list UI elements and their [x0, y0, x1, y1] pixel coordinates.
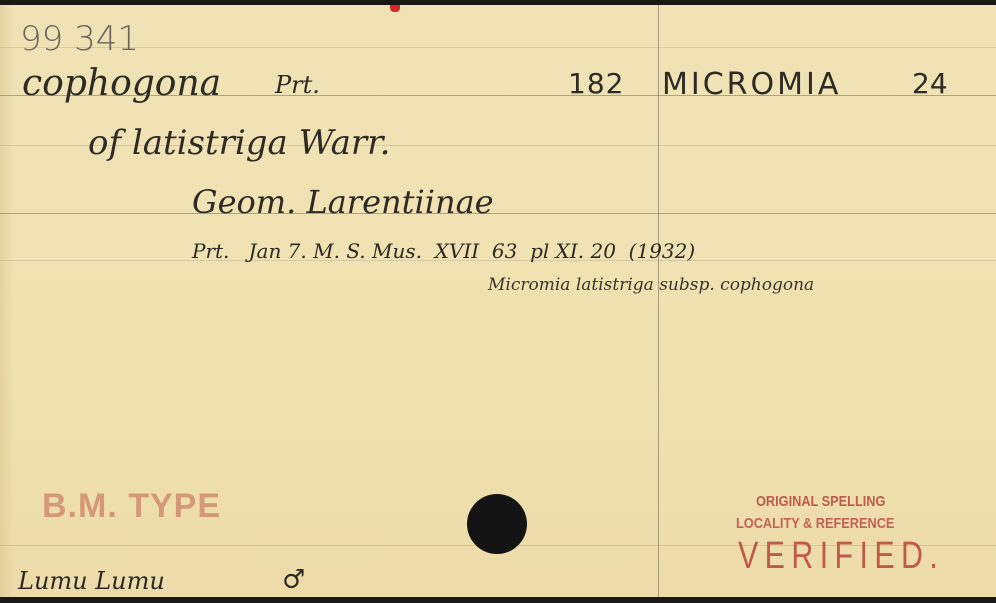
species-number: 24	[912, 67, 948, 100]
species-name: cophogona	[22, 63, 221, 104]
family-line: Geom. Larentiinae	[192, 183, 494, 221]
reference-page: 63	[492, 239, 517, 263]
type-stamp: B.M. TYPE	[42, 487, 221, 526]
reference-year: (1932)	[629, 239, 696, 263]
relation-line: of latistriga Warr.	[88, 123, 390, 163]
ruled-line	[0, 47, 996, 48]
red-tab-marker	[390, 5, 400, 12]
genus-number: 182	[568, 67, 624, 100]
subspecies-note: Micromia latistriga subsp. cophogona	[488, 275, 814, 295]
ruled-line	[0, 213, 996, 214]
scan-border	[0, 597, 996, 603]
reference-plate: pl XI. 20	[530, 239, 616, 263]
reference-line: Prt. Jan 7. M. S. Mus. XVII 63 pl XI. 20…	[192, 239, 695, 263]
verified-stamp-line2: LOCALITY & REFERENCE	[736, 515, 894, 532]
reference-volume: XVII	[435, 239, 479, 263]
genus-name: MICROMIA	[662, 67, 841, 102]
register-number: 99 341	[20, 19, 139, 59]
male-symbol-icon: ♂	[282, 565, 305, 595]
species-author: Prt.	[275, 71, 320, 99]
verified-stamp-line3: VERIFIED.	[738, 535, 944, 578]
reference-author: Prt.	[192, 239, 229, 263]
margin-line	[658, 5, 659, 597]
punch-hole	[467, 494, 527, 554]
index-card: 99 341 cophogona Prt. 182 MICROMIA 24 of…	[0, 5, 996, 597]
verified-stamp-line1: ORIGINAL SPELLING	[756, 493, 885, 510]
locality: Lumu Lumu	[18, 567, 165, 595]
reference-journal: Jan 7. M. S. Mus.	[249, 239, 423, 263]
